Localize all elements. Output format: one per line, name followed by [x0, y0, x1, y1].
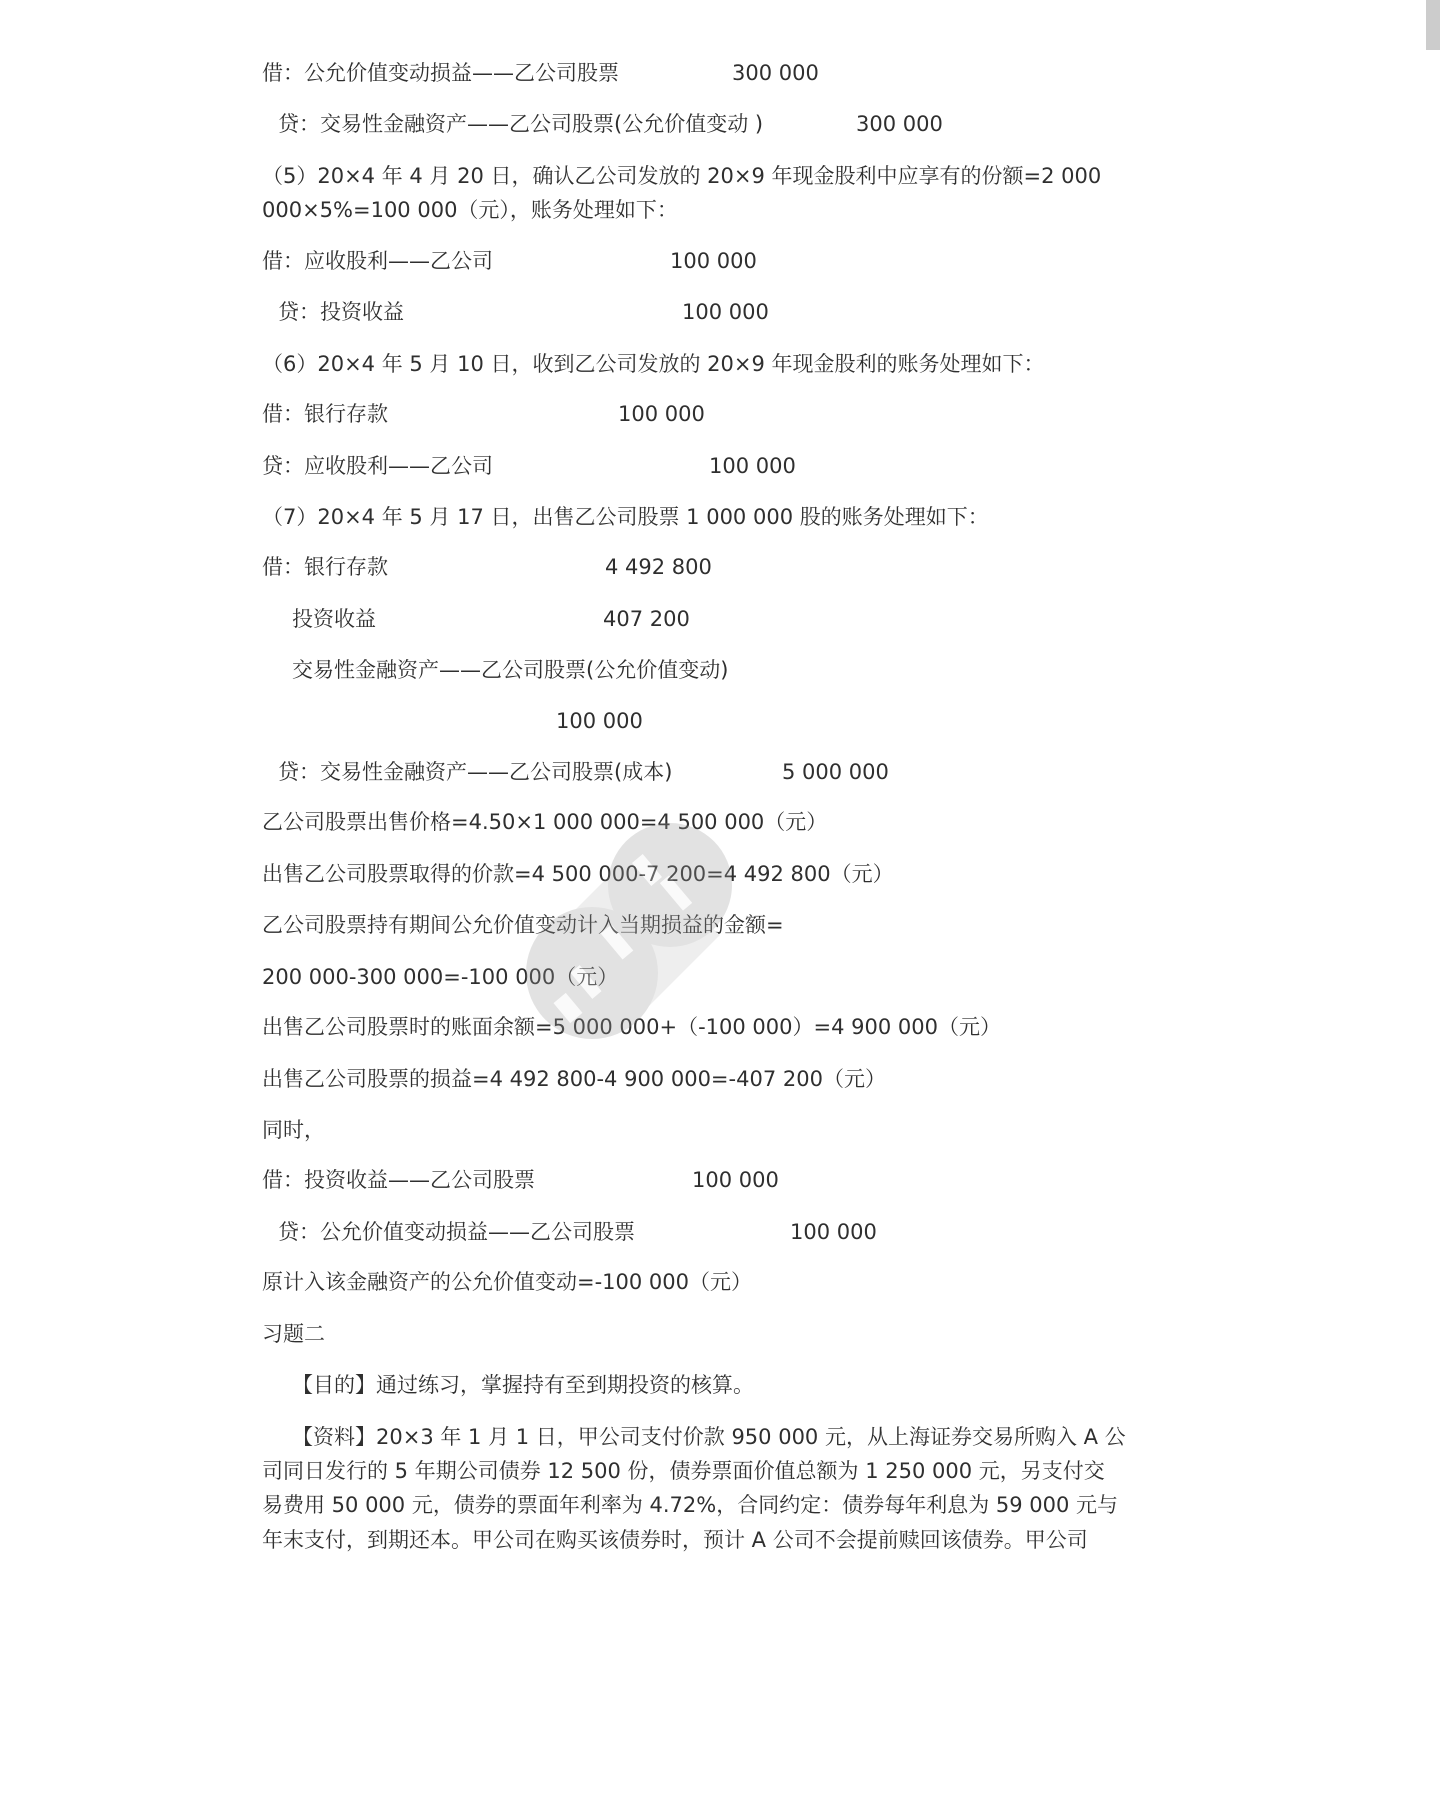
material-line: 年末支付，到期还本。甲公司在购买该债券时，预计 A 公司不会提前赎回该债券。甲公… — [262, 1527, 1088, 1553]
journal-debit-line: 借：公允价值变动损益——乙公司股票 300 000 — [262, 60, 619, 86]
calc-line: 200 000-300 000=-100 000（元） — [262, 964, 618, 990]
calc-line: 同时， — [262, 1117, 325, 1143]
vertical-scrollbar[interactable] — [1426, 0, 1440, 1794]
material-text: 年末支付，到期还本。甲公司在购买该债券时，预计 A 公司不会提前赎回该债券。甲公… — [262, 1528, 1088, 1552]
calc-text: 出售乙公司股票时的账面余额=5 000 000+（-100 000）=4 900… — [262, 1015, 1001, 1039]
calc-line: 出售乙公司股票取得的价款=4 500 000-7 200=4 492 800（元… — [262, 861, 894, 887]
entry-amount: 100 000 — [618, 401, 705, 427]
purpose-text: 【目的】通过练习，掌握持有至到期投资的核算。 — [292, 1373, 754, 1397]
exercise-title: 习题二 — [262, 1321, 325, 1347]
exercise-title-text: 习题二 — [262, 1322, 325, 1346]
calc-text: 出售乙公司股票取得的价款=4 500 000-7 200=4 492 800（元… — [262, 862, 894, 886]
material-text: 【资料】20×3 年 1 月 1 日，甲公司支付价款 950 000 元，从上海… — [292, 1425, 1126, 1449]
entry-account: 交易性金融资产——乙公司股票(公允价值变动) — [292, 658, 728, 682]
step-5-text: 000×5%=100 000（元），账务处理如下： — [262, 198, 678, 222]
calc-text: 乙公司股票持有期间公允价值变动计入当期损益的金额= — [262, 913, 784, 937]
calc-line: 乙公司股票出售价格=4.50×1 000 000=4 500 000（元） — [262, 809, 827, 835]
scrollbar-thumb[interactable] — [1426, 0, 1440, 50]
calc-text: 乙公司股票出售价格=4.50×1 000 000=4 500 000（元） — [262, 810, 827, 834]
entry-amount: 100 000 — [709, 453, 796, 479]
calc-text: 200 000-300 000=-100 000（元） — [262, 965, 618, 989]
step-5-heading-line1: （5）20×4 年 4 月 20 日，确认乙公司发放的 20×9 年现金股利中应… — [262, 163, 1101, 189]
step-6-text: （6）20×4 年 5 月 10 日，收到乙公司发放的 20×9 年现金股利的账… — [262, 352, 1045, 376]
entry-account: 借：投资收益——乙公司股票 — [262, 1168, 535, 1192]
journal-credit-line: 贷：应收股利——乙公司 100 000 — [262, 453, 493, 479]
journal-debit-line: 交易性金融资产——乙公司股票(公允价值变动) — [292, 657, 728, 683]
calc-line: 乙公司股票持有期间公允价值变动计入当期损益的金额= — [262, 912, 784, 938]
entry-account: 贷：交易性金融资产——乙公司股票(公允价值变动 ) — [278, 112, 763, 136]
material-line: 【资料】20×3 年 1 月 1 日，甲公司支付价款 950 000 元，从上海… — [292, 1424, 1126, 1450]
entry-amount: 4 492 800 — [605, 554, 712, 580]
entry-account: 投资收益 — [292, 607, 376, 631]
entry-account: 借：银行存款 — [262, 555, 388, 579]
material-text: 司同日发行的 5 年期公司债券 12 500 份，债券票面价值总额为 1 250… — [262, 1459, 1105, 1483]
entry-amount: 300 000 — [732, 60, 819, 86]
entry-account: 借：公允价值变动损益——乙公司股票 — [262, 61, 619, 85]
calc-text: 同时， — [262, 1118, 325, 1142]
entry-account: 借：应收股利——乙公司 — [262, 249, 493, 273]
journal-debit-line: 借：投资收益——乙公司股票 100 000 — [262, 1167, 535, 1193]
journal-credit-line: 贷：交易性金融资产——乙公司股票(成本) 5 000 000 — [278, 759, 672, 785]
purpose-paragraph: 【目的】通过练习，掌握持有至到期投资的核算。 — [292, 1372, 754, 1398]
entry-account: 贷：投资收益 — [278, 300, 404, 324]
material-line: 易费用 50 000 元，债券的票面年利率为 4.72%，合同约定：债券每年利息… — [262, 1492, 1118, 1518]
step-5-text: （5）20×4 年 4 月 20 日，确认乙公司发放的 20×9 年现金股利中应… — [262, 164, 1101, 188]
journal-credit-line: 贷：交易性金融资产——乙公司股票(公允价值变动 ) 300 000 — [278, 111, 763, 137]
entry-amount: 407 200 — [603, 606, 690, 632]
document-page: 借：公允价值变动损益——乙公司股票 300 000 贷：交易性金融资产——乙公司… — [0, 0, 1426, 1794]
entry-account: 贷：公允价值变动损益——乙公司股票 — [278, 1220, 635, 1244]
journal-debit-line: 借：应收股利——乙公司 100 000 — [262, 248, 493, 274]
calc-line: 出售乙公司股票时的账面余额=5 000 000+（-100 000）=4 900… — [262, 1014, 1001, 1040]
step-7-text: （7）20×4 年 5 月 17 日，出售乙公司股票 1 000 000 股的账… — [262, 505, 989, 529]
entry-account: 贷：应收股利——乙公司 — [262, 454, 493, 478]
entry-amount: 100 000 — [692, 1167, 779, 1193]
material-line: 司同日发行的 5 年期公司债券 12 500 份，债券票面价值总额为 1 250… — [262, 1458, 1105, 1484]
journal-credit-line: 贷：公允价值变动损益——乙公司股票 100 000 — [278, 1219, 635, 1245]
calc-line: 出售乙公司股票的损益=4 492 800-4 900 000=-407 200（… — [262, 1066, 886, 1092]
material-text: 易费用 50 000 元，债券的票面年利率为 4.72%，合同约定：债券每年利息… — [262, 1493, 1118, 1517]
entry-amount: 5 000 000 — [782, 759, 889, 785]
journal-debit-line: 借：银行存款 4 492 800 — [262, 554, 388, 580]
step-5-heading-line2: 000×5%=100 000（元），账务处理如下： — [262, 197, 678, 223]
calc-line: 原计入该金融资产的公允价值变动=-100 000（元） — [262, 1269, 752, 1295]
entry-amount: 100 000 — [790, 1219, 877, 1245]
journal-debit-line: 投资收益 407 200 — [292, 606, 376, 632]
calc-text: 原计入该金融资产的公允价值变动=-100 000（元） — [262, 1270, 752, 1294]
entry-amount: 100 000 — [670, 248, 757, 274]
entry-amount: 300 000 — [856, 111, 943, 137]
journal-credit-line: 贷：投资收益 100 000 — [278, 299, 404, 325]
calc-text: 出售乙公司股票的损益=4 492 800-4 900 000=-407 200（… — [262, 1067, 886, 1091]
entry-account: 借：银行存款 — [262, 402, 388, 426]
journal-debit-line: 借：银行存款 100 000 — [262, 401, 388, 427]
entry-amount: 100 000 — [682, 299, 769, 325]
entry-amount-line: 100 000 — [556, 708, 643, 734]
entry-account: 贷：交易性金融资产——乙公司股票(成本) — [278, 760, 672, 784]
entry-amount: 100 000 — [556, 709, 643, 733]
step-6-heading: （6）20×4 年 5 月 10 日，收到乙公司发放的 20×9 年现金股利的账… — [262, 351, 1045, 377]
step-7-heading: （7）20×4 年 5 月 17 日，出售乙公司股票 1 000 000 股的账… — [262, 504, 989, 530]
